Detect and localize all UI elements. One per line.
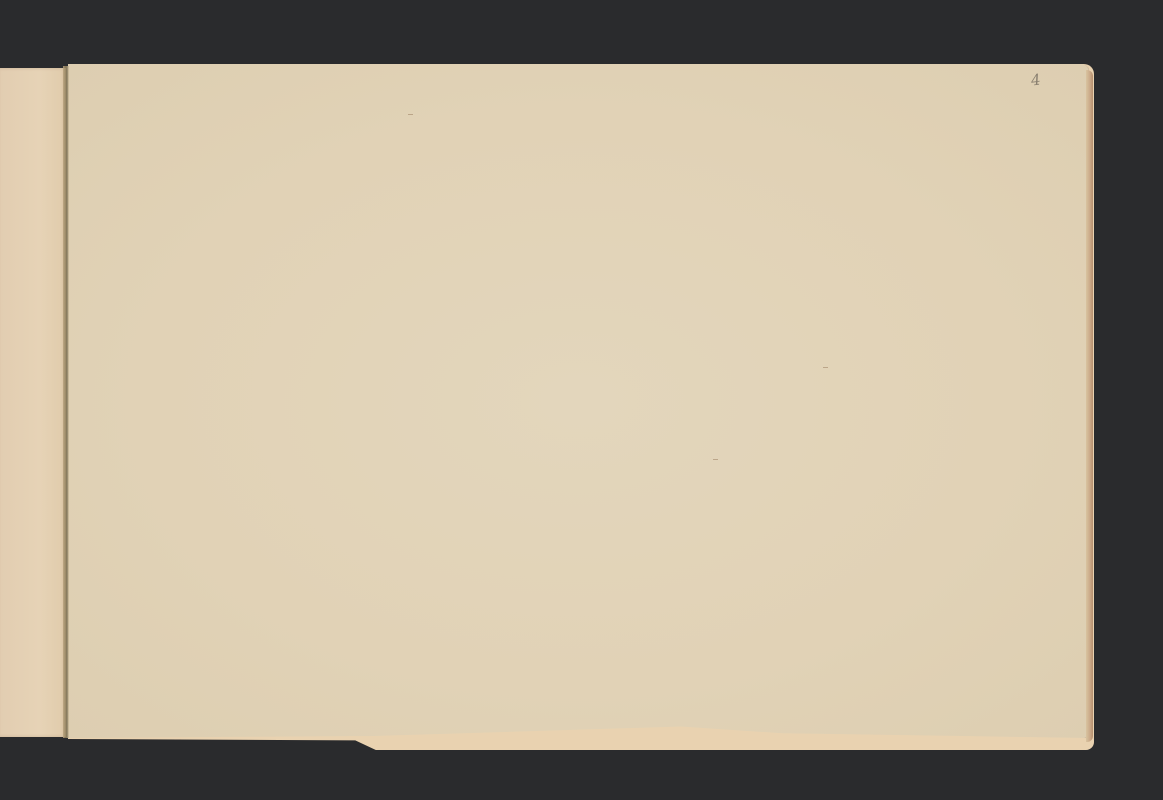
paper-fleck xyxy=(823,367,828,368)
paper-fleck xyxy=(408,114,413,115)
page-fore-edge xyxy=(1086,70,1093,742)
right-page xyxy=(68,64,1089,738)
photo-scene: 4 xyxy=(0,0,1163,800)
book-gutter xyxy=(63,66,69,738)
left-facing-page xyxy=(0,68,66,737)
paper-fleck xyxy=(713,459,718,460)
handwritten-page-number: 4 xyxy=(1030,70,1042,89)
